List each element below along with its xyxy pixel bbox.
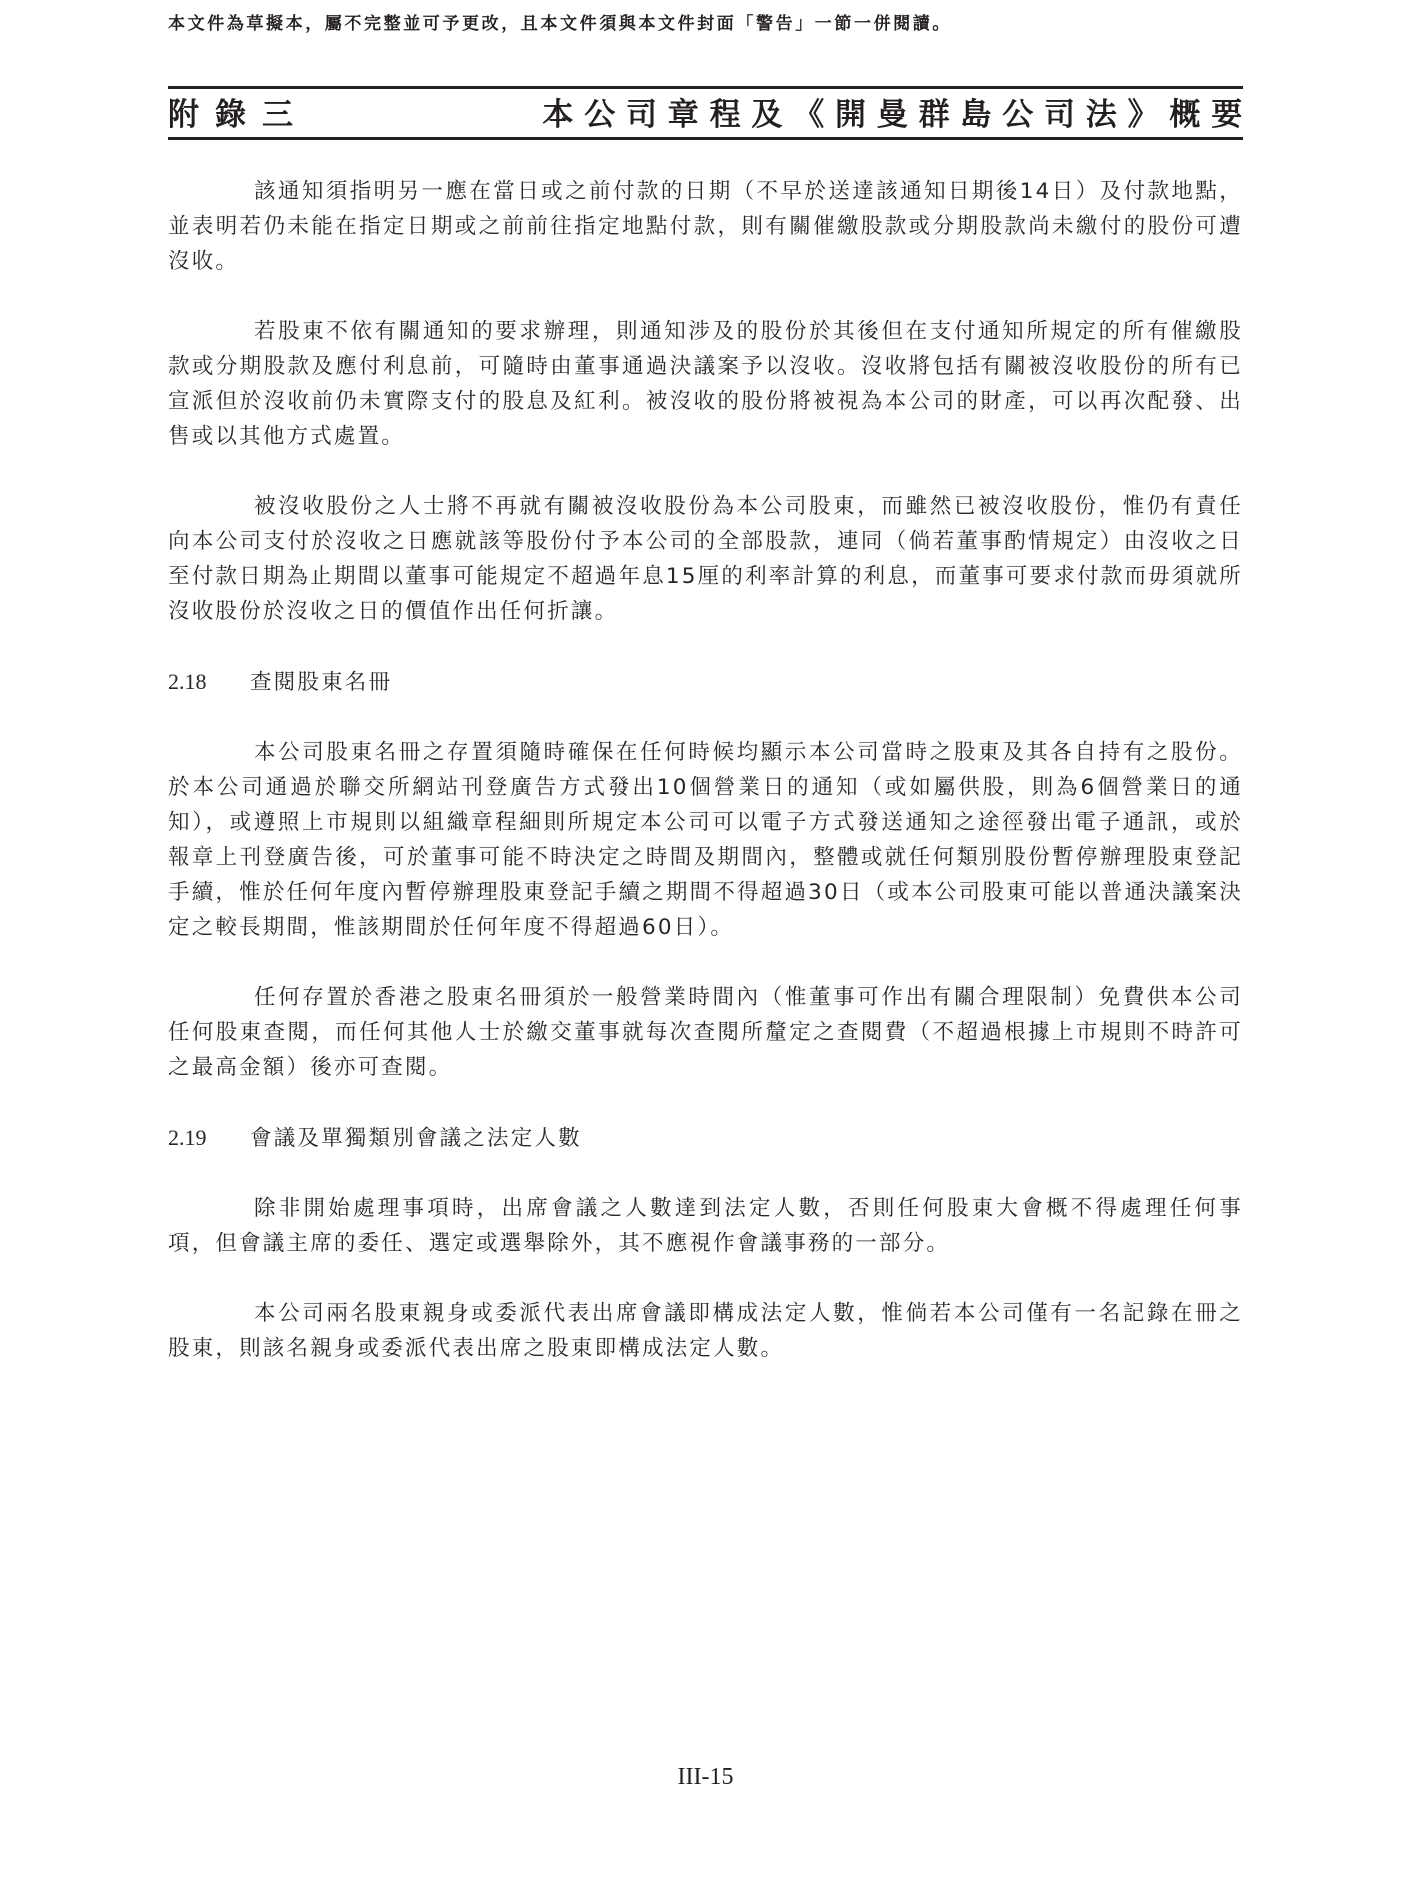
header-top-rule [168,86,1243,89]
header-bottom-rule [168,137,1243,140]
section-heading-2-18: 2.18 查閱股東名冊 [168,664,1243,700]
section-title: 會議及單獨類別會議之法定人數 [250,1121,582,1156]
paragraph-forfeiture: 若股東不依有關通知的要求辦理，則通知涉及的股份於其後但在支付通知所規定的所有催繳… [168,314,1243,454]
page-number: III-15 [0,1762,1411,1792]
paragraph-quorum-definition: 本公司兩名股東親身或委派代表出席會議即構成法定人數，惟倘若本公司僅有一名記錄在冊… [168,1296,1243,1366]
draft-notice: 本文件為草擬本，屬不完整並可予更改，且本文件須與本文件封面「警告」一節一併閱讀。 [168,12,952,36]
paragraph-payment-notice: 該通知須指明另一應在當日或之前付款的日期（不早於送達該通知日期後14日）及付款地… [168,174,1243,279]
paragraph-register-inspection: 任何存置於香港之股東名冊須於一般營業時間內（惟董事可作出有關合理限制）免費供本公… [168,980,1243,1085]
appendix-label: 附錄三 [168,96,309,134]
section-title: 查閱股東名冊 [250,665,392,700]
section-number: 2.19 [168,1120,250,1155]
appendix-title: 本公司章程及《開曼群島公司法》概要 [542,96,1253,134]
section-number: 2.18 [168,664,250,699]
document-body: 該通知須指明另一應在當日或之前付款的日期（不早於送達該通知日期後14日）及付款地… [168,174,1243,1401]
paragraph-register-closure: 本公司股東名冊之存置須隨時確保在任何時候均顯示本公司當時之股東及其各自持有之股份… [168,735,1243,945]
section-heading-2-19: 2.19 會議及單獨類別會議之法定人數 [168,1120,1243,1156]
paragraph-quorum-requirement: 除非開始處理事項時，出席會議之人數達到法定人數，否則任何股東大會概不得處理任何事… [168,1191,1243,1261]
paragraph-forfeited-shareholder-liability: 被沒收股份之人士將不再就有關被沒收股份為本公司股東，而雖然已被沒收股份，惟仍有責… [168,489,1243,629]
